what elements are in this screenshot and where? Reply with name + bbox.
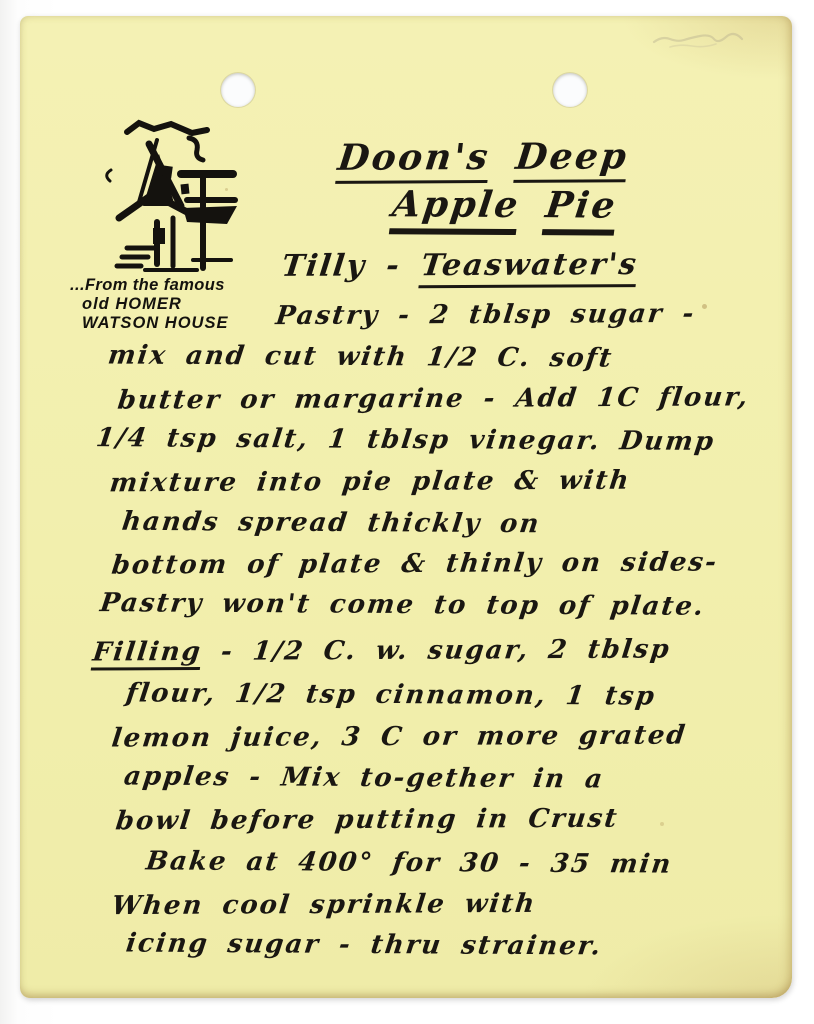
title-word: Deep: [513, 135, 631, 183]
recipe-line: hands spread thickly on: [120, 507, 542, 540]
title-word: Apple: [389, 183, 523, 235]
recipe-line: flour, 1/2 tsp cinnamon, 1 tsp: [124, 678, 657, 711]
attribution-name: Teaswater's: [419, 247, 640, 288]
recipe-line: bottom of plate & thinly on sides-: [110, 547, 720, 580]
recipe-line: icing sugar - thru strainer.: [124, 929, 604, 962]
recipe-line: 1/4 tsp salt, 1 tblsp vinegar. Dump: [94, 423, 717, 457]
recipe-line: When cool sprinkle with: [110, 889, 538, 921]
recipe-title-line1: Doon'sDeep: [335, 135, 657, 184]
recipe-title-line2: ApplePie: [389, 183, 646, 236]
title-word: Doon's: [335, 136, 492, 184]
handwritten-recipe: Doon'sDeep ApplePie Tilly - Teaswater's …: [20, 16, 792, 998]
recipe-line: mix and cut with 1/2 C. soft: [106, 340, 615, 373]
recipe-line: butter or margarine - Add 1C flour,: [116, 382, 751, 415]
recipe-line: mixture into pie plate & with: [108, 466, 632, 499]
recipe-line: apples - Mix to-gether in a: [122, 762, 606, 795]
recipe-line: Pastry won't come to top of plate.: [98, 588, 707, 622]
title-word: Pie: [542, 184, 620, 235]
recipe-line: Bake at 400° for 30 - 35 min: [144, 846, 674, 879]
recipe-line: bowl before putting in Crust: [114, 804, 620, 837]
recipe-card-paper: ...From the famous old HOMER WATSON HOUS…: [20, 16, 792, 998]
scanned-recipe-page: { "colors": { "paper": "#f2efad", "ink":…: [0, 0, 814, 1024]
recipe-line: lemon juice, 3 C or more grated: [110, 720, 688, 753]
recipe-line: Pastry - 2 tblsp sugar -: [274, 299, 697, 331]
recipe-attribution: Tilly - Teaswater's: [280, 247, 640, 284]
recipe-line: Filling - 1/2 C. w. sugar, 2 tblsp: [91, 634, 672, 667]
attribution-prefix: Tilly -: [280, 248, 423, 284]
